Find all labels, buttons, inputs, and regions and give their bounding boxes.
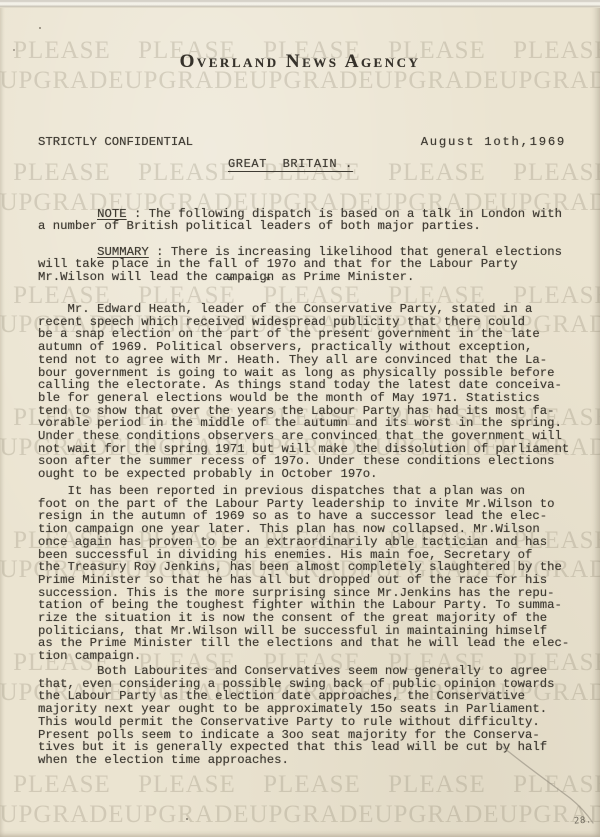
paragraph-3: Both Labourites and Conservatives seem n… <box>38 665 555 767</box>
summary-paragraph: SUMMARY : There is increasing likelihood… <box>38 233 562 297</box>
watermark-tile: PLEASE UPGRADE <box>0 770 127 829</box>
paper-speck <box>13 49 15 51</box>
paper-speck <box>186 818 188 820</box>
separator-stars: * * * <box>227 276 274 289</box>
page-number: 28. <box>574 815 592 826</box>
classification-row: STRICTLY CONFIDENTIAL August 1oth,1969 <box>38 136 566 149</box>
paper-speck <box>39 27 41 29</box>
paragraph-2: It has been reported in previous dispatc… <box>38 485 569 663</box>
paragraph-1: Mr. Edward Heath, leader of the Conserva… <box>38 303 569 481</box>
watermark-tile: PLEASE UPGRADE <box>247 770 377 829</box>
section-heading: GREAT BRITAIN . <box>228 158 353 171</box>
watermark-tile: PLEASE UPGRADE <box>372 770 502 829</box>
watermark-tile: PLEASE UPGRADE <box>122 770 252 829</box>
date-label: August 1oth,1969 <box>421 136 566 149</box>
scan-top-edge <box>0 0 600 8</box>
classification-label: STRICTLY CONFIDENTIAL <box>38 136 193 149</box>
agency-title: Overland News Agency <box>0 51 600 73</box>
scanned-document-page: PLEASE UPGRADEPLEASE UPGRADEPLEASE UPGRA… <box>0 0 600 837</box>
